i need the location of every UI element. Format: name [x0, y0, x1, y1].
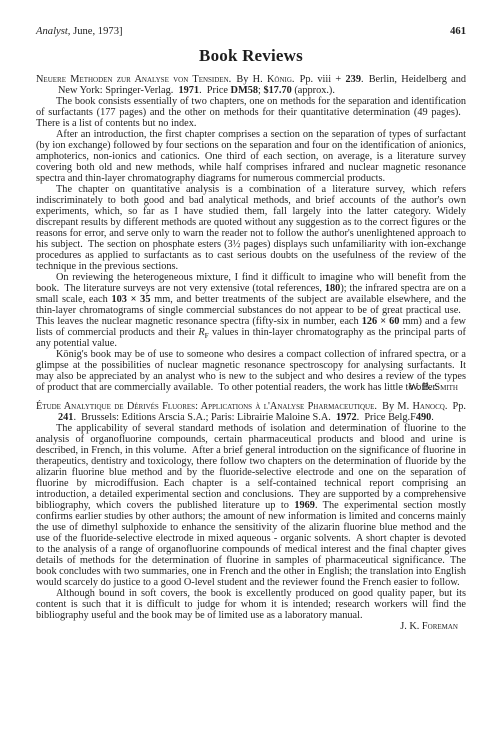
text-segment: . Brussels: Editions Arscia S.A.; Paris:… — [73, 412, 336, 423]
page-title: Book Reviews — [36, 46, 466, 65]
text-segment: 241 — [58, 412, 73, 423]
text-segment: Hanocq — [412, 401, 444, 412]
review-paragraph: König's book may be of use to someone wh… — [36, 349, 466, 393]
text-segment: 180 — [325, 283, 340, 294]
text-segment: 126 × 60 — [362, 316, 400, 327]
review-body: The applicability of several standard me… — [36, 423, 466, 621]
reviewer-signature: J. K. Foreman — [36, 621, 466, 632]
text-segment: DM58 — [231, 85, 258, 96]
text-segment: 1969 — [294, 500, 315, 511]
running-header: Analyst, June, 1973] 461 — [36, 26, 466, 38]
journal-name: Analyst, — [36, 26, 70, 37]
review-heading: Neuere Methoden zur Analyse von Tensiden… — [36, 74, 466, 96]
review-heading: Étude Analytique de Dérivés Fluores: App… — [36, 401, 466, 423]
review-paragraph: The chapter on quantitative analysis is … — [36, 184, 466, 272]
reviewer-name: J. K. Foreman — [400, 621, 458, 632]
text-segment: 239 — [346, 74, 361, 85]
review-paragraph: The book consists essentially of two cha… — [36, 96, 466, 129]
review-paragraph: The applicability of several standard me… — [36, 423, 466, 588]
text-segment: 103 × 35 — [111, 294, 150, 305]
review-paragraph: After an introduction, the first chapter… — [36, 129, 466, 184]
text-segment: (approx.). — [292, 85, 335, 96]
scanned-journal-page: { "colors": { "background": "#ffffff", "… — [0, 0, 500, 731]
text-segment: . Pp. viii + — [292, 74, 346, 85]
text-segment: The book consists essentially of two cha… — [36, 96, 466, 129]
text-segment: By M. — [377, 401, 413, 412]
review-paragraph: On reviewing the heterogeneous mixture, … — [36, 272, 466, 349]
journal-citation: Analyst, June, 1973] — [36, 26, 123, 38]
text-segment: The chapter on quantitative analysis is … — [36, 184, 466, 272]
text-segment: König — [267, 74, 292, 85]
book-review-hanocq: Étude Analytique de Dérivés Fluores: App… — [36, 401, 466, 632]
text-segment: 490 — [416, 412, 431, 423]
text-segment: . Price Belg.F — [357, 412, 416, 423]
reviewer-name: W. B. Smith — [408, 382, 458, 393]
text-segment: Although bound in soft covers, the book … — [36, 588, 466, 621]
review-paragraph: Although bound in soft covers, the book … — [36, 588, 466, 621]
text-segment: . Pp. — [445, 401, 466, 412]
journal-issue: June, 1973] — [70, 26, 122, 37]
text-segment: 1972 — [336, 412, 357, 423]
text-segment: After an introduction, the first chapter… — [36, 129, 466, 184]
page-body: Analyst, June, 1973] 461 Book Reviews Ne… — [0, 0, 500, 632]
text-segment: The applicability of several standard me… — [36, 423, 466, 511]
text-segment: König's book may be of use to someone wh… — [36, 349, 466, 393]
text-segment: . Price — [199, 85, 230, 96]
review-body: The book consists essentially of two cha… — [36, 96, 466, 393]
text-segment: By H. — [231, 74, 267, 85]
page-number: 461 — [450, 26, 466, 38]
text-segment: 1971 — [178, 85, 199, 96]
text-segment: . The experimental section mostly confir… — [36, 500, 466, 588]
book-review-konig: Neuere Methoden zur Analyse von Tensiden… — [36, 74, 466, 393]
text-segment: Étude Analytique de Dérivés Fluores: App… — [36, 401, 377, 412]
text-segment: $17.70 — [263, 85, 291, 96]
text-segment: Neuere Methoden zur Analyse von Tensiden… — [36, 74, 231, 85]
text-segment: . — [431, 412, 434, 423]
